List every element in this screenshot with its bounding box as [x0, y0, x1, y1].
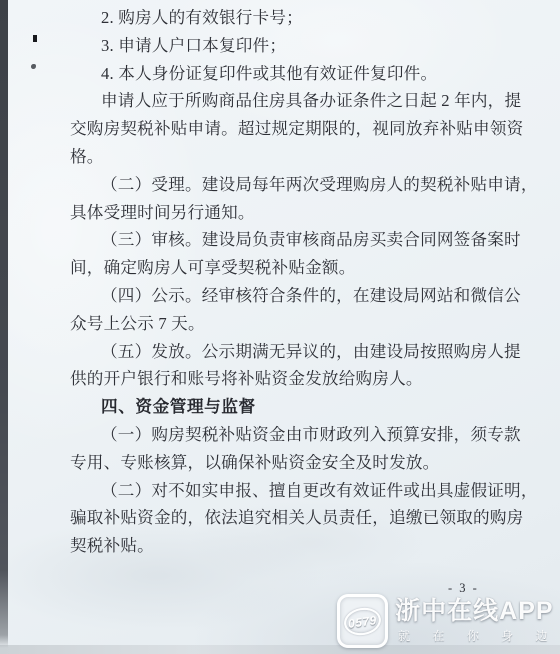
document-line: 间，确定购房人可享受契税补贴金额。: [70, 254, 524, 282]
document-line: 4. 本人身份证复印件或其他有效证件复印件。: [70, 60, 524, 88]
document-line: （二）受理。建设局每年两次受理购房人的契税补贴申请，: [70, 171, 524, 199]
scan-speck: [31, 64, 36, 69]
zhezhong-online-logo-icon: 0579: [337, 594, 388, 648]
document-line: 2. 购房人的有效银行卡号；: [70, 4, 524, 32]
page-left-edge-shadow: [0, 0, 8, 648]
document-line: （二）对不如实申报、擅自更改有效证件或出具虚假证明，: [70, 477, 524, 505]
logo-oval: 0579: [342, 604, 383, 637]
scanned-document-page: 2. 购房人的有效银行卡号；3. 申请人户口本复印件；4. 本人身份证复印件或其…: [0, 0, 560, 654]
document-line: （五）发放。公示期满无异议的，由建设局按照购房人提: [70, 338, 524, 366]
document-line: 3. 申请人户口本复印件；: [70, 32, 524, 60]
watermark-app-name: 浙中在线APP: [395, 599, 557, 624]
logo-number: 0579: [347, 612, 377, 630]
document-line: 四、资金管理与监督: [70, 393, 524, 421]
document-line: 契税补贴。: [70, 532, 524, 560]
watermark-tagline: 就 在 你 身 边: [395, 627, 557, 644]
document-line: （四）公示。经审核符合条件的，在建设局网站和微信公: [70, 282, 524, 310]
document-line: 交购房契税补贴申请。超过规定期限的，视同放弃补贴申领资: [70, 115, 524, 143]
watermark-texts: 浙中在线APP 就 在 你 身 边: [395, 599, 557, 644]
document-line: 具体受理时间另行通知。: [70, 199, 524, 227]
document-body: 2. 购房人的有效银行卡号；3. 申请人户口本复印件；4. 本人身份证复印件或其…: [70, 4, 524, 560]
document-line: 专用、专账核算，以确保补贴资金安全及时发放。: [70, 449, 524, 477]
scan-speck: [33, 35, 37, 42]
app-watermark: 0579 浙中在线APP 就 在 你 身 边: [337, 594, 557, 648]
document-line: （一）购房契税补贴资金由市财政列入预算安排，须专款: [70, 421, 524, 449]
document-line: 申请人应于所购商品住房具备办证条件之日起 2 年内，提: [70, 87, 524, 115]
document-line: （三）审核。建设局负责审核商品房买卖合同网签备案时: [70, 226, 524, 254]
document-line: 骗取补贴资金的，依法追究相关人员责任，追缴已领取的购房: [70, 504, 524, 532]
document-line: 供的开户银行和账号将补贴资金发放给购房人。: [70, 365, 524, 393]
document-line: 格。: [70, 143, 524, 171]
document-line: 众号上公示 7 天。: [70, 310, 524, 338]
